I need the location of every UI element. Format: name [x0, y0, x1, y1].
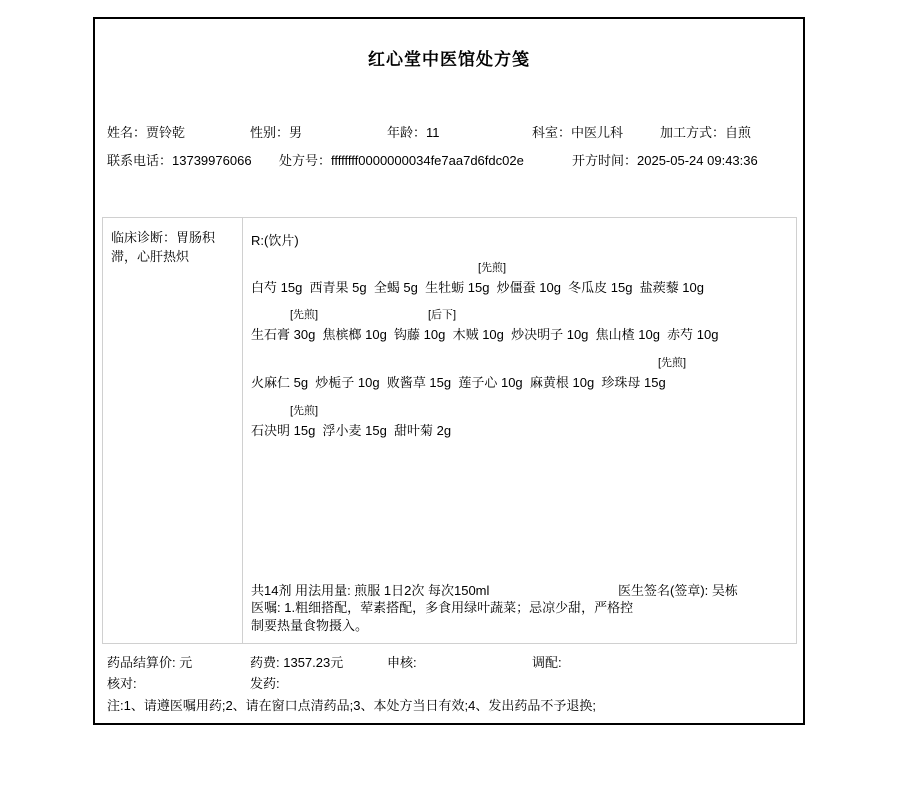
decoction-note: [后下] — [428, 306, 456, 322]
patient-name-field: 姓名：贾铃乾 — [107, 122, 185, 141]
processing-method-field: 加工方式：自煎 — [660, 122, 751, 141]
prescription-sheet: 红心堂中医馆处方笺 姓名：贾铃乾 性别：男 年龄：11 科室：中医儿科 加工方式… — [93, 17, 805, 725]
decoction-note: [先煎] — [478, 259, 506, 275]
prescription-number-label: 处方号： — [279, 153, 331, 168]
decoction-note: [先煎] — [658, 354, 686, 370]
doctor-signature-label: 医生签名(签章): — [618, 583, 712, 598]
issue-time-value: 2025-05-24 09:43:36 — [637, 153, 758, 168]
patient-department-value: 中医儿科 — [571, 125, 623, 140]
processing-method-label: 加工方式： — [660, 125, 725, 140]
settle-price-value: 元 — [179, 655, 192, 670]
doctor-signature-name: 吴栋 — [712, 583, 738, 598]
herb-line: 石决明 15g 浮小麦 15g 甜叶菊 2g — [251, 420, 796, 439]
diagnosis-text: 临床诊断：胃肠积滞，心肝热炽 — [111, 228, 223, 266]
patient-department-field: 科室：中医儿科 — [532, 122, 623, 141]
patient-gender-label: 性别： — [250, 125, 289, 140]
prescription-number-field: 处方号：ffffffff0000000034fe7aa7d6fdc02e — [279, 150, 524, 169]
patient-age-label: 年龄： — [387, 125, 426, 140]
prescription-box: 临床诊断：胃肠积滞，心肝热炽 R:(饮片) [先煎]白芍 15g 西青果 5g … — [102, 217, 797, 644]
patient-phone-value: 13739976066 — [172, 153, 252, 168]
prepare-field: 调配: — [532, 652, 562, 671]
prescription-content: R:(饮片) [先煎]白芍 15g 西青果 5g 全蝎 5g 生牡蛎 15g 炒… — [243, 218, 796, 643]
issue-time-label: 开方时间： — [572, 153, 637, 168]
doctor-signature: 医生签名(签章): 吴栋 — [618, 580, 738, 599]
processing-method-value: 自煎 — [725, 125, 751, 140]
prescription-page: 红心堂中医馆处方笺 姓名：贾铃乾 性别：男 年龄：11 科室：中医儿科 加工方式… — [0, 0, 900, 800]
diagnosis-label: 临床诊断： — [111, 230, 176, 245]
fee-field: 药费: 1357.23元 — [250, 652, 343, 671]
dispense-field: 发药: — [250, 673, 280, 692]
settle-price-label: 药品结算价: — [107, 655, 179, 670]
herb-line: 生石膏 30g 焦槟榔 10g 钩藤 10g 木贼 10g 炒决明子 10g 焦… — [251, 324, 796, 343]
patient-phone-field: 联系电话：13739976066 — [107, 150, 252, 169]
fee-value: 1357.23元 — [283, 655, 343, 670]
decoction-note: [先煎] — [290, 306, 318, 322]
decoction-note: [先煎] — [290, 402, 318, 418]
dosage-summary: 共14剂 用法用量: 煎服 1日2次 每次150ml — [251, 580, 489, 599]
herb-line: 火麻仁 5g 炒栀子 10g 败酱草 15g 莲子心 10g 麻黄根 10g 珍… — [251, 372, 796, 391]
medical-advice: 医嘱: 1.粗细搭配，荤素搭配，多食用绿叶蔬菜；忌凉少甜，严格控制要热量食物摄入… — [251, 599, 635, 635]
settle-price-field: 药品结算价: 元 — [107, 652, 192, 671]
review-field: 申核: — [387, 652, 417, 671]
issue-time-field: 开方时间：2025-05-24 09:43:36 — [572, 150, 758, 169]
herb-line: 白芍 15g 西青果 5g 全蝎 5g 生牡蛎 15g 炒僵蚕 10g 冬瓜皮 … — [251, 277, 796, 296]
patient-phone-label: 联系电话： — [107, 153, 172, 168]
diagnosis-panel: 临床诊断：胃肠积滞，心肝热炽 — [103, 218, 243, 643]
page-title: 红心堂中医馆处方笺 — [95, 45, 803, 70]
prescription-number-value: ffffffff0000000034fe7aa7d6fdc02e — [331, 153, 524, 168]
patient-gender-field: 性别：男 — [250, 122, 302, 141]
patient-age-value: 11 — [426, 125, 440, 140]
patient-department-label: 科室： — [532, 125, 571, 140]
check-field: 核对: — [107, 673, 137, 692]
patient-age-field: 年龄：11 — [387, 122, 440, 141]
fee-label: 药费: — [250, 655, 283, 670]
patient-gender-value: 男 — [289, 125, 302, 140]
footer-note: 注:1、请遵医嘱用药;2、请在窗口点清药品;3、本处方当日有效;4、发出药品不予… — [107, 695, 596, 714]
patient-name-label: 姓名： — [107, 125, 146, 140]
patient-name-value: 贾铃乾 — [146, 125, 185, 140]
